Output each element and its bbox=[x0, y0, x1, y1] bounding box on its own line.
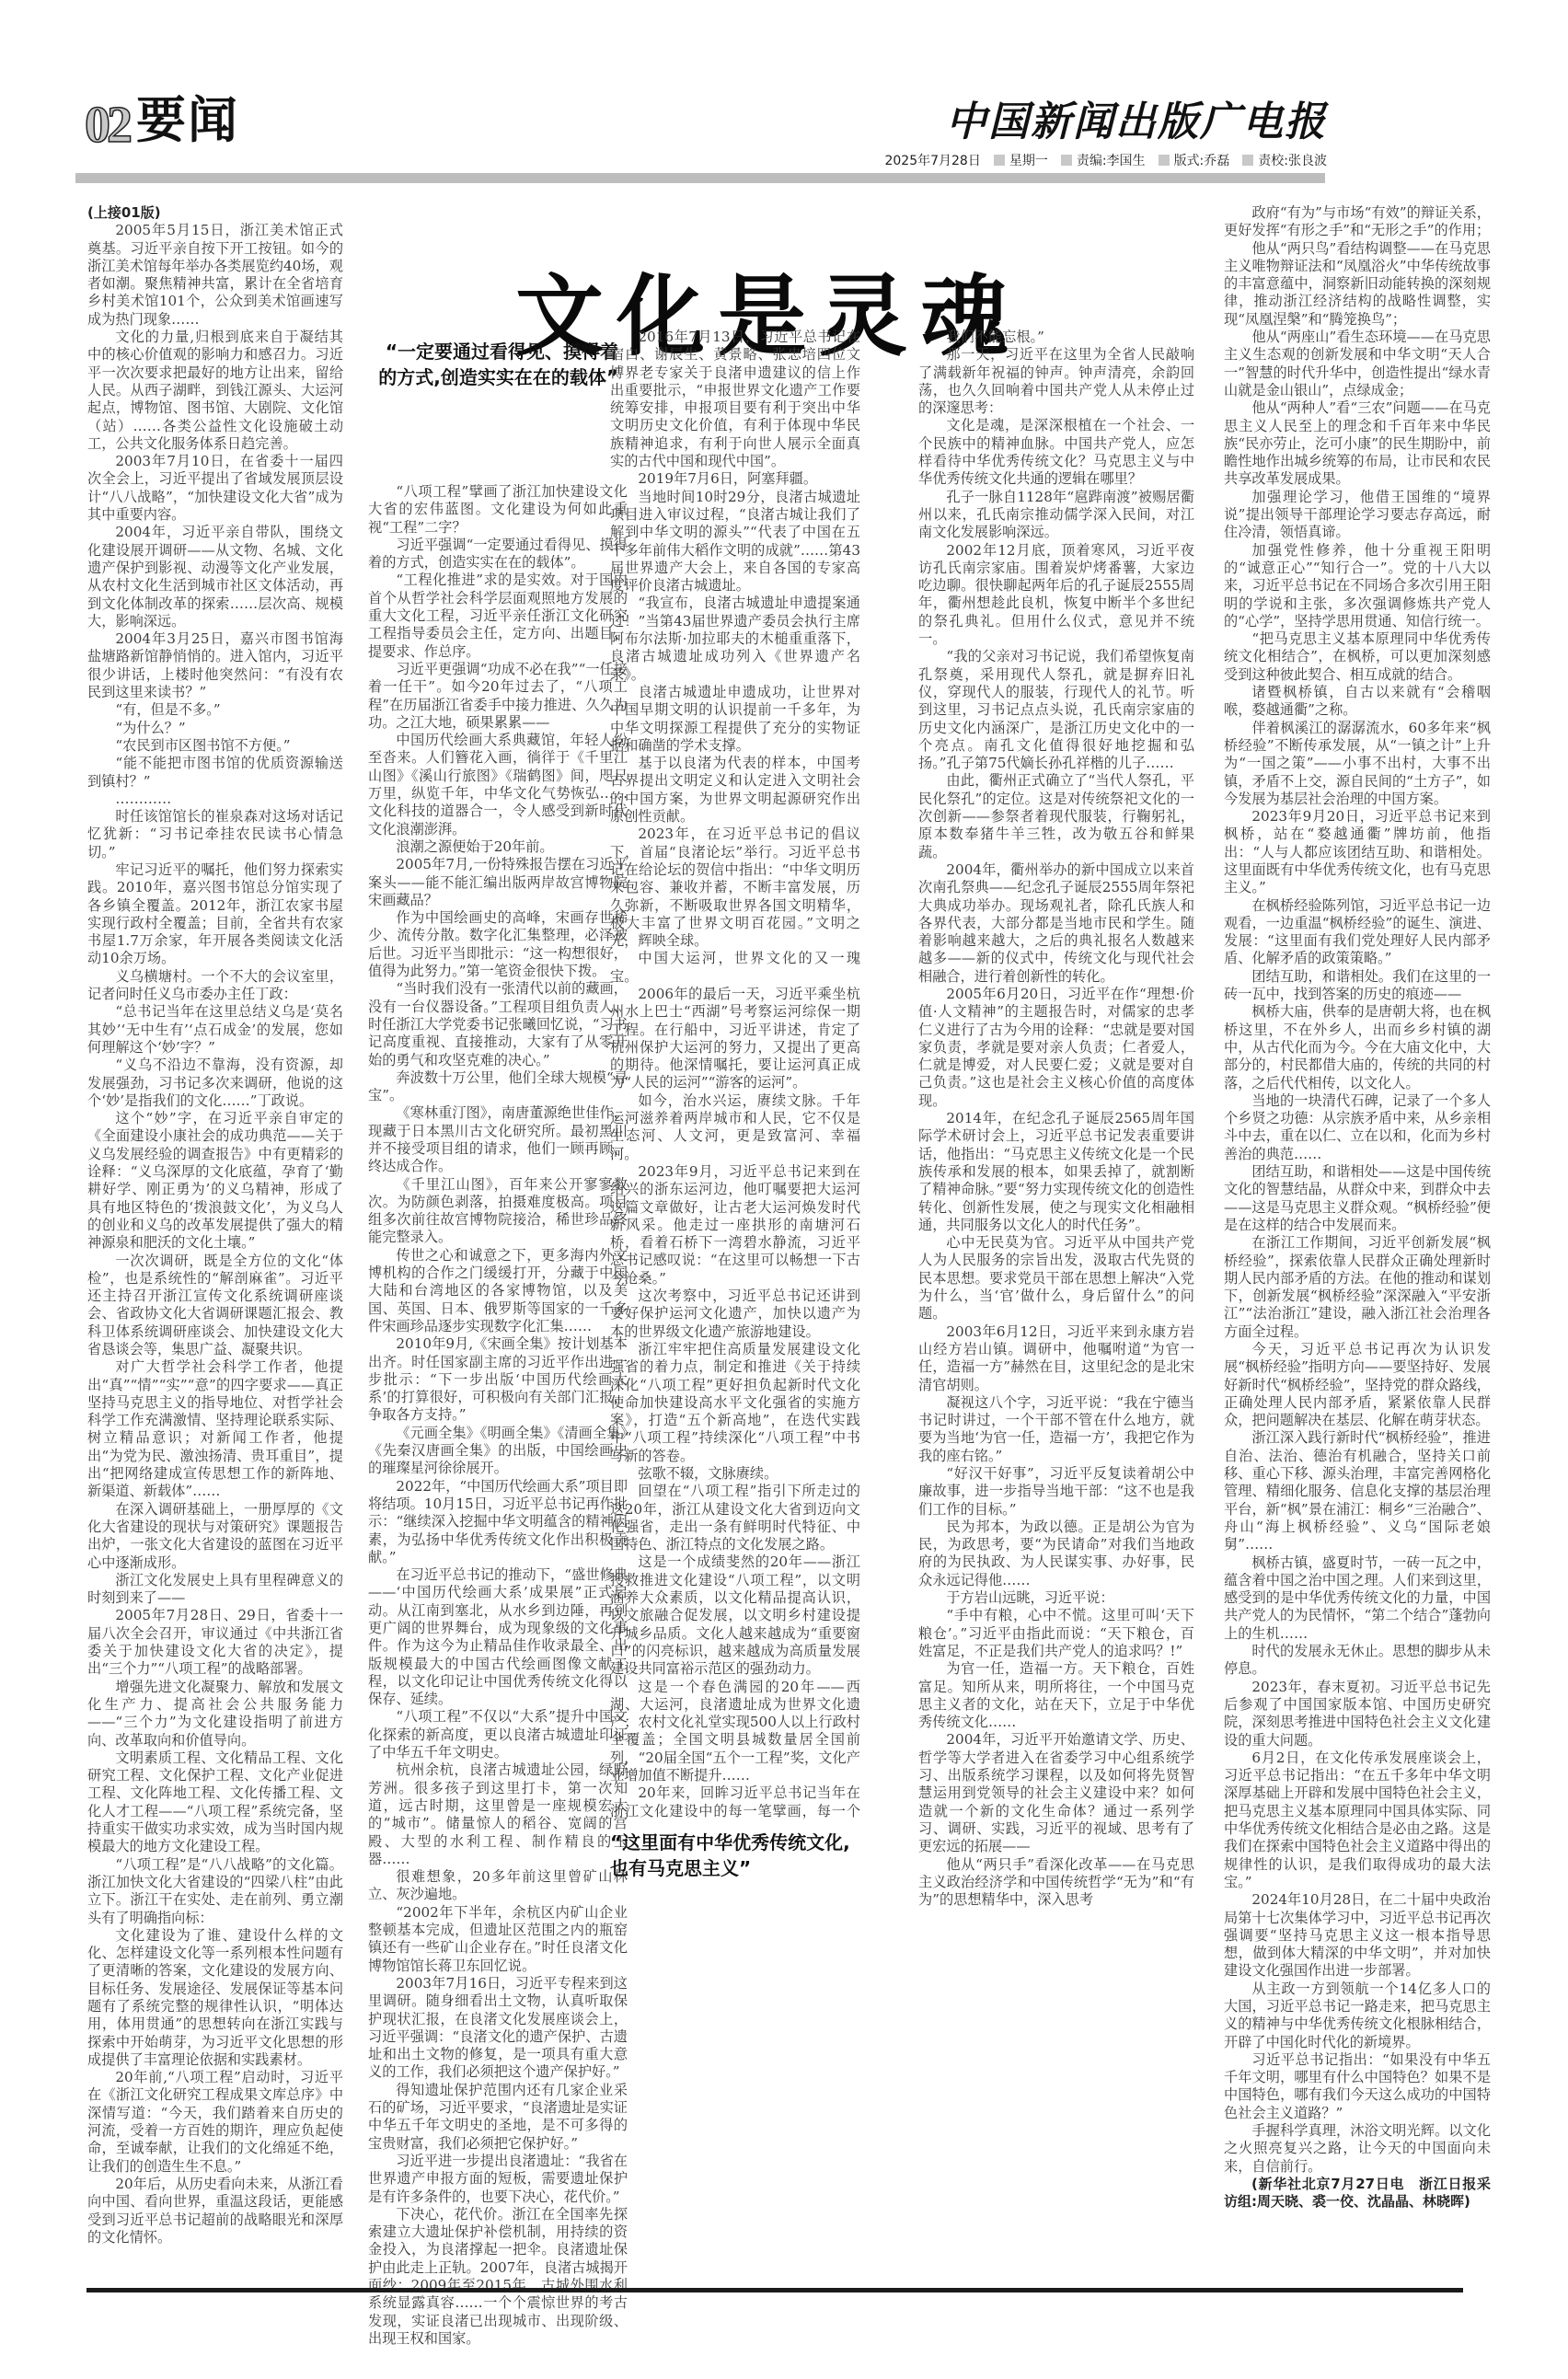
paragraph: 在枫桥经验陈列馆，习近平总书记一边观看，一边重温“枫桥经验”的诞生、演进、发展：… bbox=[1224, 897, 1491, 968]
paragraph: 2023年，春末夏初。习近平总书记先后参观了中国国家版本馆、中国历史研究院，深刻… bbox=[1224, 1679, 1491, 1750]
column-3-body: 2016年7月13日，习近平总书记在宿白、谢辰生、黄景略、张忠培四位文博界老专家… bbox=[610, 329, 860, 1819]
paragraph: 习近平强调“一定要通过看得见、摸得着的方式，创造实实在在的载体”。 bbox=[368, 537, 628, 572]
subhead-2: “这里面有中华优秀传统文化,也有马克思主义” bbox=[610, 1830, 859, 1881]
paragraph: 6月2日，在文化传承发展座谈会上，习近平总书记指出：“在五千多年中华文明深厚基础… bbox=[1224, 1750, 1491, 1891]
paragraph: 今天，习近平总书记再次为认识发展“枫桥经验”指明方向——要坚持好、发展好新时代“… bbox=[1224, 1341, 1491, 1429]
paragraph: 20年来，回眸习近平总书记当年在浙江文化建设中的每一笔擘画，每一个牵挂，更加深切… bbox=[610, 1784, 860, 1819]
paragraph: 一次次调研，既是全方位的文化“体检”，也是系统性的“解剖麻雀”。习近平还主持召开… bbox=[87, 1253, 343, 1359]
paragraph: ………… bbox=[87, 791, 343, 808]
paragraph: “工程化推进”求的是实效。对于国内首个从哲学社会科学层面观照地方发展的重大文化工… bbox=[368, 572, 628, 660]
paragraph: “当时我们没有一张清代以前的藏画，没有一台仪器设备。”工程项目组负责人、时任浙江… bbox=[368, 980, 628, 1068]
paragraph: “好汉干好事”，习近平反复读着胡公中廉故事，进一步指导当地干部：“这不也是我们工… bbox=[918, 1465, 1194, 1519]
issue-date: 2025年7月28日 bbox=[884, 151, 980, 169]
paragraph: 这是一个成绩斐然的20年——浙江搜救推进文化建设“八项工程”，以文明涵养大众素质… bbox=[610, 1553, 860, 1678]
paragraph: 20年前,“八项工程”启动时，习近平在《浙江文化研究工程成果文库总序》中深情写道… bbox=[87, 2069, 343, 2176]
paragraph: 得知遗址保护范围内还有几家企业采石的矿场，习近平要求，“良渚遗址是实证中华五千年… bbox=[368, 2082, 628, 2153]
paragraph: 当地时间10时29分，良渚古城遗址项目进入审议过程，“良渚古城让我们了解到中华文… bbox=[610, 489, 860, 595]
paragraph: 增强先进文化凝聚力、解放和发展文化生产力、提高社会公共服务能力——“三个力”为文… bbox=[87, 1679, 343, 1750]
paragraph: 孔子一脉自1128年“扈跸南渡”被赐居衢州以来，孔氏南宗推动儒学深入民间，对江南… bbox=[918, 489, 1194, 542]
paragraph: 2004年3月25日，嘉兴市图书馆海盐塘路新馆静悄悄的。进入馆内，习近平很少讲话… bbox=[87, 630, 343, 701]
paragraph: “总书记当年在这里总结义乌是‘莫名其妙’‘无中生有’‘点石成金’的发展，您如何理… bbox=[87, 1003, 343, 1057]
meta-bar: 2025年7月28日 星期一 责编:李国生 版式:乔磊 责校:张良波 bbox=[884, 151, 1327, 169]
weekday-item: 星期一 bbox=[994, 151, 1048, 169]
paragraph: 手握科学真理，沐浴文明光辉。以文化之火照亮复兴之路，让今天的中国面向未来，自信前… bbox=[1224, 2122, 1491, 2176]
paragraph: 2003年7月10日，在省委十一届四次全会上，习近平提出了省域发展顶层设计“八八… bbox=[87, 453, 343, 524]
paragraph: 2016年7月13日，习近平总书记在宿白、谢辰生、黄景略、张忠培四位文博界老专家… bbox=[610, 329, 860, 470]
weekday: 星期一 bbox=[1009, 151, 1048, 169]
paragraph: 中国大运河，世界文化的又一瑰宝。 bbox=[610, 950, 860, 986]
section-title: 要闻 bbox=[136, 96, 239, 145]
paragraph: 2004年，习近平亲自带队，围绕文化建设展开调研——从文物、名城、文化遗产保护到… bbox=[87, 524, 343, 630]
paragraph: 《千里江山图》，百年来公开寥寥数次。为防颜色剥落，拍摄难度极高。项目组多次前往故… bbox=[368, 1176, 628, 1247]
paragraph: 2024年10月28日，在二十届中央政治局第十七次集体学习中，习近平总书记再次强… bbox=[1224, 1891, 1491, 1980]
paragraph: 心中无民莫为官。习近平从中国共产党人为人民服务的宗旨出发，汲取古代先贤的民本思想… bbox=[918, 1234, 1194, 1322]
paragraph: 回望在“八项工程”指引下所走过的这20年，浙江从建设文化大省到迈向文化强省，走出… bbox=[610, 1483, 860, 1553]
proofreader-item: 责校:张良波 bbox=[1242, 151, 1327, 169]
paragraph: 如今，治水兴运，赓续文脉。千年运河滋养着两岸城市和人民，它不仅是生态河、人文河，… bbox=[610, 1092, 860, 1163]
column-2-body: “八项工程”擘画了浙江加快建设文化大省的宏伟蓝图。文化建设为何如此重视“工程”二… bbox=[368, 483, 628, 2348]
paragraph: 从主政一方到领航一个14亿多人口的大国，习近平总书记一路走来，把马克思主义的精神… bbox=[1224, 1981, 1491, 2051]
paragraph: 很难想象，20多年前这里曾矿山林立、灰沙遍地。 bbox=[368, 1868, 628, 1904]
editor: 责编:李国生 bbox=[1077, 151, 1146, 169]
paragraph: 2003年7月16日，习近平专程来到这里调研。随身细看出土文物，认真听取保护现状… bbox=[368, 1975, 628, 2082]
paragraph: 这是一个春色满园的20年——西湖、大运河，良渚遗址成为世界文化遗产；农村文化礼堂… bbox=[610, 1679, 860, 1785]
paragraph: “八项工程”不仅以“大系”提升中国文化探索的新高度，更以良渚古城遗址印证了中华五… bbox=[368, 1708, 628, 1761]
article-column-5: 政府“有为”与市场“有效”的辩证关系，更好发挥“有形之手”和“无形之手”的作用；… bbox=[1224, 204, 1491, 2238]
paragraph: 浙江深入践行新时代“枫桥经验”，推进自治、法治、德治有机融合，坚持关口前移、重心… bbox=[1224, 1429, 1491, 1553]
paragraph: 凝视这八个字，习近平说：“我在宁德当书记时讲过，一个干部不管在什么地方，就要为当… bbox=[918, 1394, 1194, 1465]
paragraph: 他从“两座山”看生态环境——在马克思主义生态观的创新发展和中华文明“天人合一”智… bbox=[1224, 329, 1491, 399]
paragraph: 伴着枫溪江的潺潺流水，60多年来“枫桥经验”不断传承发展，从“一镇之计”上升为“… bbox=[1224, 720, 1491, 808]
paragraph: 作为中国绘画史的高峰，宋画存世稀少、流传分散。数字化汇集整理，必泽被后世。习近平… bbox=[368, 909, 628, 980]
paragraph: “我的父亲对习书记说，我们希望恢复南孔祭奠，采用现代人祭孔，就是摒弃旧礼仪，穿现… bbox=[918, 648, 1194, 772]
paragraph: 下决心，花代价。浙江在全国率先探索建立大遗址保护补偿机制，用持续的资金投入，为良… bbox=[368, 2206, 628, 2348]
paragraph: 2019年7月6日，阿塞拜疆。 bbox=[610, 470, 860, 488]
paragraph: 2003年6月12日，习近平来到永康方岩山经方岩山镇。调研中，他嘱咐道“为官一任… bbox=[918, 1323, 1194, 1394]
paragraph: 诸暨枫桥镇，自古以来就有“会稽咽喉，婺越通衢”之称。 bbox=[1224, 684, 1491, 720]
paragraph: 枫桥大庙，供奉的是唐朝大将，也在枫桥这里，不在外乡人，出而乡乡村镇的湖中，从古代… bbox=[1224, 1003, 1491, 1091]
article-column-1: (上接01版) 2005年5月15日，浙江美术馆正式奠基。习近平亲自按下开工按钮… bbox=[87, 204, 343, 2246]
paragraph: 义乌横塘村。一个不大的会议室里，记者问时任义乌市委办主任丁政： bbox=[87, 968, 343, 1004]
proofreader: 责校:张良波 bbox=[1258, 151, 1327, 169]
paragraph: 《元画全集》《明画全集》《清画全集》《先秦汉唐画全集》的出版，中国绘画史的璀璨星… bbox=[368, 1425, 628, 1478]
paragraph: “义乌不沿边不靠海，没有资源，却发展强劲，习书记多次来调研，他说的这个‘妙’是指… bbox=[87, 1057, 343, 1110]
paragraph: 在习近平总书记的推动下，“盛世修典——‘中国历代绘画大系’成果展”正式启动。从江… bbox=[368, 1566, 628, 1708]
paragraph: 他从“两只手”看深化改革——在马克思主义政治经济学和中国传统哲学“无为”和“有为… bbox=[918, 1856, 1194, 1910]
paragraph: 弦歌不辍，文脉赓续。 bbox=[610, 1465, 860, 1483]
paragraph: 习近平总书记指出：“如果没有中华五千年文明，哪里有什么中国特色？如果不是中国特色… bbox=[1224, 2051, 1491, 2122]
paragraph: 2014年，在纪念孔子诞辰2565周年国际学术研讨会上，习近平总书记发表重要讲话… bbox=[918, 1110, 1194, 1234]
paragraph: 中国历代绘画大系典藏馆，年轻人纷至沓来。人们簪花入画，徜徉于《千里江山图》《溪山… bbox=[368, 732, 628, 838]
layout-item: 版式:乔磊 bbox=[1159, 151, 1230, 169]
paragraph: 团结互助，和谐相处。我们在这里的一砖一瓦中，找到答案的历史的痕迹—— bbox=[1224, 968, 1491, 1004]
paragraph: 杭州余杭，良渚古城遗址公园，绿野芳洲。很多孩子到这里打卡，第一次知道，远古时期，… bbox=[368, 1761, 628, 1868]
paragraph: 浙江牢牢把住高质量发展建设文化强省的着力点，制定和推进《关于持续深化“八项工程”… bbox=[610, 1341, 860, 1465]
editor-item: 责编:李国生 bbox=[1061, 151, 1146, 169]
paragraph: 这个“妙”字，在习近平亲自审定的《全面建设小康社会的成功典范——关于义乌发展经验… bbox=[87, 1110, 343, 1252]
paragraph: “八项工程”是“八八战略”的文化篇。浙江加快文化大省建设的“四梁八柱”由此立下。… bbox=[87, 1856, 343, 1927]
paragraph: 政府“有为”与市场“有效”的辩证关系，更好发挥“有形之手”和“无形之手”的作用； bbox=[1224, 204, 1491, 240]
paragraph: “为什么？” bbox=[87, 720, 343, 737]
continued-from-label: (上接01版) bbox=[87, 204, 343, 222]
paragraph: “手中有粮，心中不慌。这里可叫‘天下粮仓’。”习近平由指此而说：“天下粮仓，百姓… bbox=[918, 1607, 1194, 1660]
paragraph: 他从“两种人”看“三农”问题——在马克思主义人民至上的理念和千百年来中华民族“民… bbox=[1224, 399, 1491, 488]
paragraph: 文化的力量,归根到底来自于凝结其中的核心价值观的影响力和感召力。习近平一次次要求… bbox=[87, 329, 343, 453]
paragraph: 这次考察中，习近平总书记还讲到要好保护运河文化遗产，加快以遗产为本的世界级文化遗… bbox=[610, 1288, 860, 1341]
paragraph: 对广大哲学社会科学工作者，他提出“真”“情”“实”“意”的四字要求——真正坚持马… bbox=[87, 1358, 343, 1500]
paragraph: 传世之心和诚意之下，更多海内外文博机构的合作之门缓缓打开，分藏于中国大陆和台湾地… bbox=[368, 1247, 628, 1335]
paragraph: 2023年9月，习近平总书记来到在绍兴的浙东运河边，他叮嘱要把大运河这篇文章做好… bbox=[610, 1163, 860, 1288]
layout-designer: 版式:乔磊 bbox=[1174, 151, 1230, 169]
paragraph: 文化是魂，是深深根植在一个社会、一个民族中的精神血脉。中国共产党人，应怎样看待中… bbox=[918, 417, 1194, 488]
article-column-4: 我们不能忘根。”那一天，习近平在这里为全省人民敲响了满载新年祝福的钟声。钟声清亮… bbox=[918, 329, 1194, 2261]
paragraph: 2004年，习近平开始邀请文学、历史、哲学等大学者进入在省委学习中心组系统学习、… bbox=[918, 1731, 1194, 1855]
square-bullet-icon bbox=[1159, 155, 1170, 166]
paragraph: 2006年的最后一天，习近平乘坐杭州水上巴士“西湖”号考察运河综保一期工程。在行… bbox=[610, 986, 860, 1092]
page-number: 02 bbox=[85, 99, 129, 151]
square-bullet-icon bbox=[1242, 155, 1253, 166]
paragraph: “农民到市区图书馆不方便。” bbox=[87, 737, 343, 755]
paragraph: 2002年12月底，顶着寒风，习近平夜访孔氏南宗家庙。围着炭炉烤番薯，大家边吃边… bbox=[918, 542, 1194, 649]
paragraph: 良渚古城遗址申遗成功，让世界对中国早期文明的认识提前一千多年，为中华文明探源工程… bbox=[610, 684, 860, 755]
paragraph: 2005年7月28日、29日，省委十一届八次全会召开，审议通过《中共浙江省委关于… bbox=[87, 1607, 343, 1678]
paragraph: 浪潮之源便始于20年前。 bbox=[368, 838, 628, 856]
paragraph: 奔波数十万公里，他们全球大规模“寻宝”。 bbox=[368, 1069, 628, 1105]
paragraph: “2002年下半年，余杭区内矿山企业整顿基本完成，但遗址区范围之内的瓶窑镇还有一… bbox=[368, 1904, 628, 1975]
paragraph: 2005年6月20日，习近平在作“理想·价值·人文精神”的主题报告时，对儒家的忠… bbox=[918, 986, 1194, 1110]
paragraph: 浙江文化发展史上具有里程碑意义的时刻到来了—— bbox=[87, 1572, 343, 1608]
paragraph: 2005年5月15日，浙江美术馆正式奠基。习近平亲自按下开工按钮。如今的浙江美术… bbox=[87, 222, 343, 329]
paragraph: 我们不能忘根。” bbox=[918, 329, 1194, 346]
paragraph: 他从“两只鸟”看结构调整——在马克思主义唯物辩证法和“凤凰浴火”中华传统故事的丰… bbox=[1224, 240, 1491, 329]
paragraph: 基于以良渚为代表的样本，中国考古界提出文明定义和认定进入文明社会的中国方案，为世… bbox=[610, 755, 860, 826]
article-column-2: “八项工程”擘画了浙江加快建设文化大省的宏伟蓝图。文化建设为何如此重视“工程”二… bbox=[368, 483, 628, 2348]
footer-rule bbox=[86, 2288, 1463, 2292]
paragraph: 习近平进一步提出良渚遗址：“我省在世界遗产申报方面的短板，需要遗址保护是有许多条… bbox=[368, 2153, 628, 2206]
paragraph: 时任该馆馆长的崔泉森对这场对话记忆犹新：“习书记牵挂农民读书心情急切。” bbox=[87, 808, 343, 861]
column-1-body: 2005年5月15日，浙江美术馆正式奠基。习近平亲自按下开工按钮。如今的浙江美术… bbox=[87, 222, 343, 2246]
paragraph: 民为邦本，为政以德。正是胡公为官为民，为政思考，要“为民请命”对我们当地政府的为… bbox=[918, 1519, 1194, 1589]
paragraph: 于方岩山远眺，习近平说： bbox=[918, 1589, 1194, 1607]
paragraph: 加强理论学习，他借王国维的“境界说”提出领导干部理论学习要志存高远，耐住冷清，领… bbox=[1224, 489, 1491, 542]
subhead-1: “一定要通过看得见、摸得着的方式,创造实实在在的载体” bbox=[368, 339, 618, 390]
paragraph: 习近平更强调“功成不必在我”“一任接着一任干”。如今20年过去了，“八项工程”在… bbox=[368, 661, 628, 732]
article-column-3: 2016年7月13日，习近平总书记在宿白、谢辰生、黄景略、张忠培四位文博界老专家… bbox=[610, 329, 860, 1819]
masthead: 中国新闻出版广电报 bbox=[946, 88, 1327, 147]
paragraph: “八项工程”擘画了浙江加快建设文化大省的宏伟蓝图。文化建设为何如此重视“工程”二… bbox=[368, 483, 628, 537]
paragraph: 时代的发展永无休止。思想的脚步从未停息。 bbox=[1224, 1643, 1491, 1679]
square-bullet-icon bbox=[1061, 155, 1072, 166]
paragraph: 团结互助，和谐相处——这是中国传统文化的智慧结晶，从群众中来，到群众中去——这是… bbox=[1224, 1163, 1491, 1234]
paragraph: 2023年，在习近平总书记的倡议下，首届“良渚论坛”举行。习近平总书记在给论坛的… bbox=[610, 826, 860, 950]
news-credit: (新华社北京7月27日电 浙江日报采访组:周天晓、裘一佼、沈晶晶、林晓晖) bbox=[1224, 2176, 1491, 2212]
paragraph: “有，但是不多。” bbox=[87, 701, 343, 719]
paragraph: 20年后，从历史看向未来，从浙江看向中国、看向世界，重温这段话，更能感受到习近平… bbox=[87, 2176, 343, 2246]
paragraph: 《寒林重汀图》，南唐董源绝世佳作，现藏于日本黑川古文化研究所。最初黑川并不接受项… bbox=[368, 1104, 628, 1175]
header-rule bbox=[75, 173, 1325, 183]
column-5-body: 政府“有为”与市场“有效”的辩证关系，更好发挥“有形之手”和“无形之手”的作用；… bbox=[1224, 204, 1491, 2176]
square-bullet-icon bbox=[994, 155, 1005, 166]
column-4-body: 我们不能忘根。”那一天，习近平在这里为全省人民敲响了满载新年祝福的钟声。钟声清亮… bbox=[918, 329, 1194, 1909]
paragraph: 为官一任，造福一方。天下粮仓，百姓富足。知所从来，明所将往，一个中国马克思主义者… bbox=[918, 1660, 1194, 1731]
paragraph: 当地的一块清代石碑，记录了一个多人个乡贤之功德：从宗族矛盾中来，从乡亲相斗中去，… bbox=[1224, 1092, 1491, 1163]
paragraph: 牢记习近平的嘱托，他们努力探索实践。2010年，嘉兴图书馆总分馆实现了各乡镇全覆… bbox=[87, 861, 343, 968]
paragraph: “把马克思主义基本原理同中华优秀传统文化相结合”，在枫桥，可以更加深刻感受到这种… bbox=[1224, 630, 1491, 684]
paragraph: 2022年，“中国历代绘画大系”项目即将结项。10月15日，习近平总书记再作批示… bbox=[368, 1478, 628, 1566]
paragraph: 在浙江工作期间，习近平创新发展“枫桥经验”，探索依靠人民群众正确处理新时期人民内… bbox=[1224, 1234, 1491, 1341]
paragraph: 由此，衢州正式确立了“当代人祭孔，平民化祭孔”的定位。这是对传统祭祀文化的一次创… bbox=[918, 772, 1194, 860]
paragraph: 2005年7月,一份特殊报告摆在习近平案头——能不能汇编出版两岸故宫博物院宋画藏… bbox=[368, 856, 628, 909]
paragraph: “能不能把市图书馆的优质资源输送到镇村？” bbox=[87, 755, 343, 791]
paragraph: “我宣布，良渚古城遗址申遗提案通过！”当第43届世界遗产委员会执行主席阿布尔法斯… bbox=[610, 595, 860, 683]
paragraph: 加强党性修养，他十分重视王阳明的“诚意正心”“知行合一”。党的十八大以来，习近平… bbox=[1224, 542, 1491, 630]
paragraph: 文明素质工程、文化精品工程、文化研究工程、文化保护工程、文化产业促进工程、文化阵… bbox=[87, 1750, 343, 1856]
paragraph: 2023年9月20日，习近平总书记来到枫桥，站在“婺越通衢”牌坊前，他指出：“人… bbox=[1224, 808, 1491, 896]
paragraph: 2010年9月,《宋画全集》按计划基本出齐。时任国家副主席的习近平作出进一步批示… bbox=[368, 1335, 628, 1424]
paragraph: 那一天，习近平在这里为全省人民敲响了满载新年祝福的钟声。钟声清亮，余韵回荡，也久… bbox=[918, 346, 1194, 417]
paragraph: 文化建设为了谁、建设什么样的文化、怎样建设文化等一系列根本性问题有了更清晰的答案… bbox=[87, 1927, 343, 2069]
paragraph: 在深入调研基础上，一册厚厚的《文化大省建设的现状与对策研究》课题报告出炉，一张文… bbox=[87, 1501, 343, 1572]
paragraph: 2004年，衢州举办的新中国成立以来首次南孔祭典——纪念孔子诞辰2555周年祭祀… bbox=[918, 861, 1194, 986]
paragraph: 枫桥古镇，盛夏时节，一砖一瓦之中，蕴含着中国之治中国之理。人们来到这里，感受到的… bbox=[1224, 1554, 1491, 1643]
